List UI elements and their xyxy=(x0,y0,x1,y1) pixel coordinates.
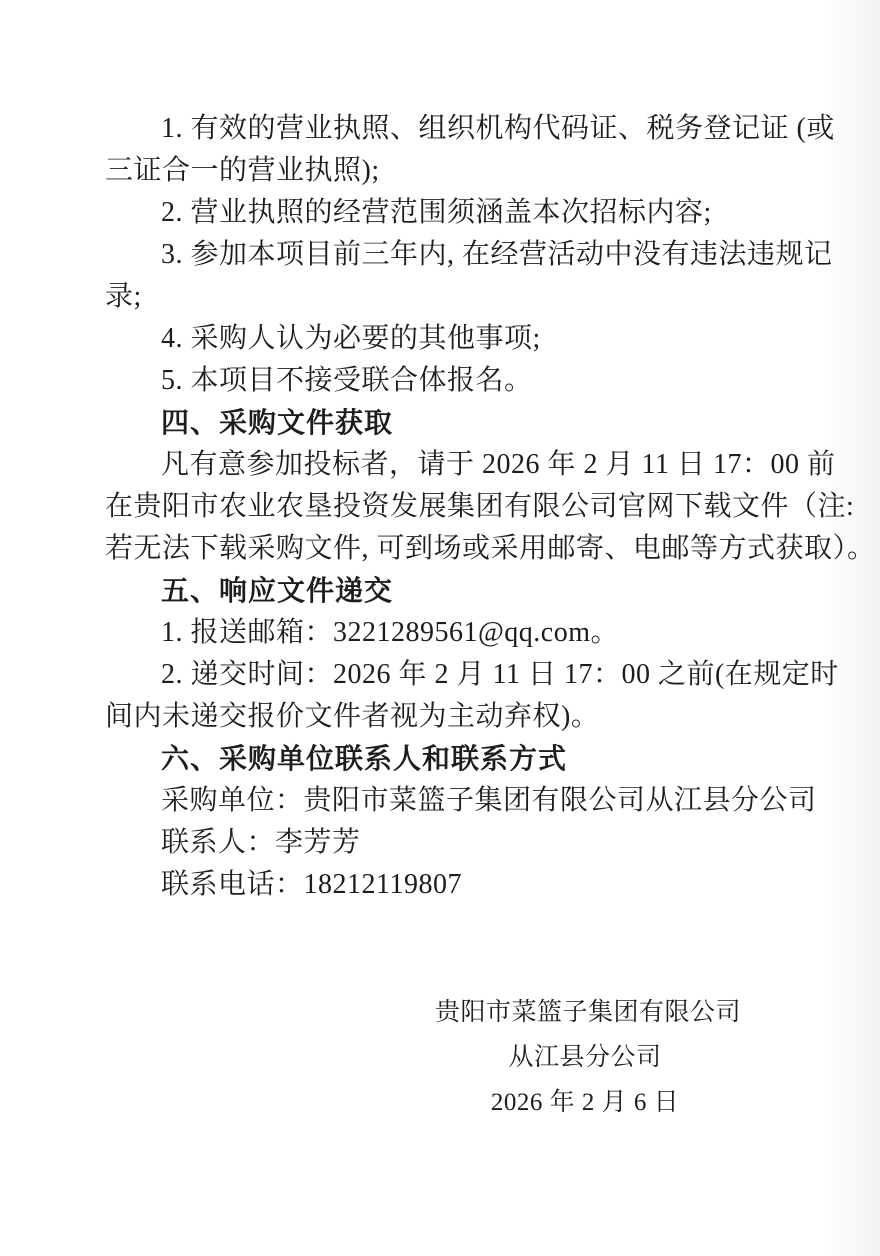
contact-phone-line: 联系电话：18212119807 xyxy=(105,864,802,906)
signature-branch: 从江县分公司 xyxy=(435,1035,735,1080)
section-4-heading: 四、采购文件获取 xyxy=(105,402,802,444)
document-page: 1. 有效的营业执照、组织机构代码证、税务登记证 (或 三证合一的营业执照); … xyxy=(0,0,880,1256)
contact-person-line: 联系人：李芳芳 xyxy=(105,822,802,864)
section-5-heading: 五、响应文件递交 xyxy=(105,570,802,612)
submission-deadline-line-2: 间内未递交报价文件者视为主动弃权)。 xyxy=(105,696,802,738)
page-edge-shadow xyxy=(822,0,880,1256)
qualification-item-3-line-1: 3. 参加本项目前三年内, 在经营活动中没有违法违规记 xyxy=(105,234,802,276)
signature-company: 贵阳市菜篮子集团有限公司 xyxy=(435,990,735,1035)
section-4-body-line-2: 在贵阳市农业农垦投资发展集团有限公司官网下载文件（注: xyxy=(105,486,802,528)
section-4-body-line-3: 若无法下载采购文件, 可到场或采用邮寄、电邮等方式获取）。 xyxy=(105,528,802,570)
section-6-heading: 六、采购单位联系人和联系方式 xyxy=(105,738,802,780)
qualification-item-4: 4. 采购人认为必要的其他事项; xyxy=(105,318,802,360)
section-4-body-line-1: 凡有意参加投标者，请于 2026 年 2 月 11 日 17：00 前 xyxy=(105,444,802,486)
signature-block: 贵阳市菜篮子集团有限公司 从江县分公司 2026 年 2 月 6 日 xyxy=(435,990,735,1125)
qualification-item-2: 2. 营业执照的经营范围须涵盖本次招标内容; xyxy=(105,192,802,234)
signature-date: 2026 年 2 月 6 日 xyxy=(435,1080,735,1125)
submission-email-line: 1. 报送邮箱：3221289561@qq.com。 xyxy=(105,612,802,654)
submission-deadline-line-1: 2. 递交时间：2026 年 2 月 11 日 17：00 之前(在规定时 xyxy=(105,654,802,696)
qualification-item-3-line-2: 录; xyxy=(105,276,802,318)
qualification-item-5: 5. 本项目不接受联合体报名。 xyxy=(105,360,802,402)
document-body: 1. 有效的营业执照、组织机构代码证、税务登记证 (或 三证合一的营业执照); … xyxy=(105,108,802,906)
qualification-item-1-line-1: 1. 有效的营业执照、组织机构代码证、税务登记证 (或 xyxy=(105,108,802,150)
qualification-item-1-line-2: 三证合一的营业执照); xyxy=(105,150,802,192)
contact-unit-line: 采购单位：贵阳市菜篮子集团有限公司从江县分公司 xyxy=(105,780,802,822)
